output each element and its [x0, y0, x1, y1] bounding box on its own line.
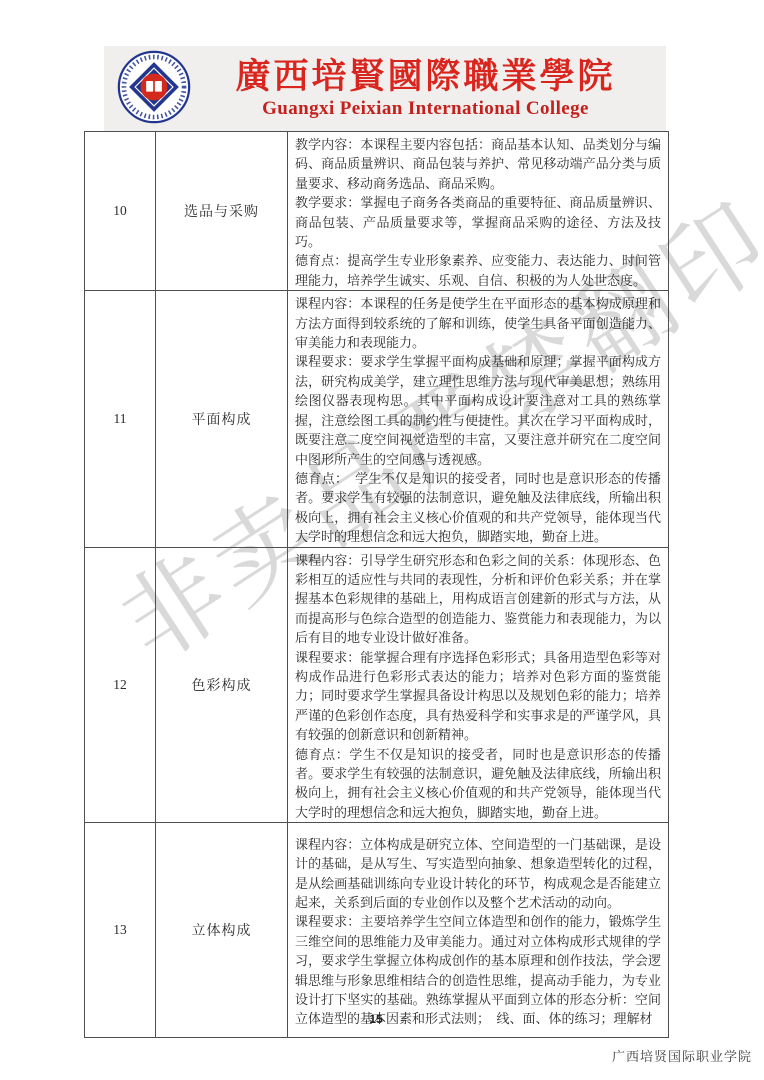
course-name: 选品与采购	[156, 132, 288, 291]
paragraph: 德育点： 学生不仅是知识的接受者，同时也是意识形态的传播者。要求学生有较强的法制…	[295, 469, 661, 547]
college-titles: 廣西培賢國際職業學院 Guangxi Peixian International…	[191, 59, 666, 120]
course-number: 13	[85, 823, 156, 1038]
paragraph: 德育点：学生不仅是知识的接受者，同时也是意识形态的传播者。要求学生有较强的法制意…	[295, 745, 661, 823]
paragraph: 教学要求：掌握电子商务各类商品的重要特征、商品质量辨识、商品包装、产品质量要求等…	[295, 193, 661, 251]
table-row: 13 立体构成 课程内容：立体构成是研究立体、空间造型的一门基础课，是设计的基础…	[85, 823, 669, 1038]
paragraph: 教学内容：本课程主要内容包括：商品基本认知、品类划分与编码、商品质量辨识、商品包…	[295, 135, 661, 193]
college-logo-icon	[117, 50, 191, 129]
paragraph: 德育点：提高学生专业形象素养、应变能力、表达能力、时间管理能力，培养学生诚实、乐…	[295, 251, 661, 290]
table-row: 12 色彩构成 课程内容：引导学生研究形态和色彩之间的关系：体现形态、色彩相互的…	[85, 547, 669, 823]
course-description: 课程内容：引导学生研究形态和色彩之间的关系：体现形态、色彩相互的适应性与共同的表…	[288, 547, 669, 823]
document-page: 廣西培賢國際職業學院 Guangxi Peixian International…	[0, 0, 764, 1080]
paragraph: 课程要求：能掌握合理有序选择色彩形式；具备用造型色彩等对构成作品进行色彩形式表达…	[295, 648, 661, 745]
course-name: 色彩构成	[156, 547, 288, 823]
college-title-zh: 廣西培賢國際職業學院	[191, 59, 660, 96]
table-row: 11 平面构成 课程内容：本课程的任务是使学生在平面形态的基本构成原理和方法方面…	[85, 291, 669, 547]
course-number: 10	[85, 132, 156, 291]
course-description: 课程内容：立体构成是研究立体、空间造型的一门基础课，是设计的基础，是从写生、写实…	[288, 823, 669, 1038]
paragraph: 课程内容：立体构成是研究立体、空间造型的一门基础课，是设计的基础，是从写生、写实…	[295, 835, 661, 913]
footer-college-name: 广西培贤国际职业学院	[612, 1046, 752, 1065]
course-name: 立体构成	[156, 823, 288, 1038]
table-row: 10 选品与采购 教学内容：本课程主要内容包括：商品基本认知、品类划分与编码、商…	[85, 132, 669, 291]
paragraph: 课程内容：引导学生研究形态和色彩之间的关系：体现形态、色彩相互的适应性与共同的表…	[295, 551, 661, 648]
course-number: 11	[85, 291, 156, 547]
college-title-en: Guangxi Peixian International College	[191, 99, 660, 119]
course-description: 课程内容：本课程的任务是使学生在平面形态的基本构成原理和方法方面得到较系统的了解…	[288, 291, 669, 547]
page-number: 15	[84, 1012, 668, 1026]
paragraph: 课程要求：要求学生掌握平面构成基础和原理；掌握平面构成方法，研究构成美学，建立理…	[295, 352, 661, 468]
paragraph: 课程内容：本课程的任务是使学生在平面形态的基本构成原理和方法方面得到较系统的了解…	[295, 294, 661, 352]
course-name: 平面构成	[156, 291, 288, 547]
college-header: 廣西培賢國際職業學院 Guangxi Peixian International…	[104, 46, 666, 132]
course-description: 教学内容：本课程主要内容包括：商品基本认知、品类划分与编码、商品质量辨识、商品包…	[288, 132, 669, 291]
course-table: 10 选品与采购 教学内容：本课程主要内容包括：商品基本认知、品类划分与编码、商…	[84, 131, 669, 1038]
course-number: 12	[85, 547, 156, 823]
